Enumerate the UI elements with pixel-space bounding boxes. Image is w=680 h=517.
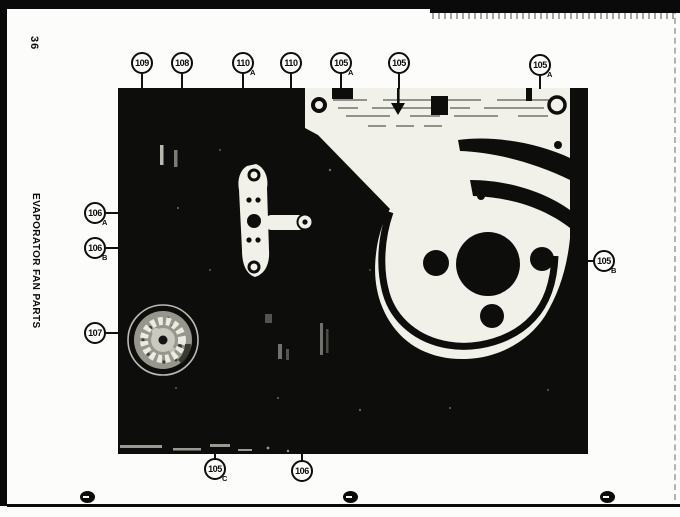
callout-number: 105 — [533, 61, 547, 70]
leader-line — [398, 74, 400, 89]
callout-number: 105 — [597, 257, 611, 266]
callout-number: 107 — [88, 329, 102, 338]
registration-dot — [343, 491, 358, 503]
manual-page: 36 EVAPORATOR FAN PARTS — [0, 0, 680, 517]
callout-number: 106 — [88, 209, 102, 218]
scan-edge-artifact — [674, 8, 676, 500]
callout-106B: 106 B — [84, 237, 106, 259]
callout-105: 105 — [388, 52, 410, 74]
callout-105C: 105 C — [204, 458, 226, 480]
callout-105A: 105 A — [330, 52, 352, 74]
leader-line — [141, 74, 143, 89]
callout-number: 105 — [392, 59, 406, 68]
callout-suffix: A — [348, 69, 353, 77]
callout-number: 109 — [135, 59, 149, 68]
leader-line — [290, 74, 292, 89]
callout-108: 108 — [171, 52, 193, 74]
callout-107: 107 — [84, 322, 106, 344]
callout-number: 110 — [284, 59, 297, 68]
callout-106: 106 — [291, 460, 313, 482]
leader-line — [340, 74, 342, 89]
callout-number: 108 — [175, 59, 189, 68]
callout-106A: 106 A — [84, 202, 106, 224]
callout-105B: 105 B — [593, 250, 615, 272]
callout-suffix: C — [222, 475, 227, 483]
top-border-bar-right — [430, 0, 680, 13]
callout-number: 105 — [208, 465, 222, 474]
bottom-rule — [7, 504, 680, 507]
leader-line — [242, 74, 244, 89]
fan-motor-grommet — [128, 305, 198, 375]
callout-number: 106 — [295, 467, 309, 476]
callout-number: 110 — [236, 59, 249, 68]
callout-110: 110 — [280, 52, 302, 74]
leader-line — [106, 212, 119, 214]
leader-line — [106, 247, 119, 249]
callout-number: 106 — [88, 244, 102, 253]
callout-suffix: B — [611, 267, 616, 275]
callout-suffix: A — [102, 219, 107, 227]
callout-number: 105 — [334, 59, 348, 68]
registration-dot — [600, 491, 615, 503]
scan-grain — [432, 13, 678, 19]
page-number: 36 — [28, 36, 40, 50]
parts-photo — [118, 88, 588, 454]
callout-suffix: A — [250, 69, 255, 77]
callout-109: 109 — [131, 52, 153, 74]
left-border-strip — [0, 0, 7, 506]
leader-line — [181, 74, 183, 89]
callout-110A: 110 A — [232, 52, 254, 74]
callout-105A: 105 A — [529, 54, 551, 76]
callout-suffix: A — [547, 71, 552, 79]
mount-hole — [549, 97, 565, 113]
leader-line — [106, 332, 119, 334]
page-title: EVAPORATOR FAN PARTS — [30, 193, 41, 329]
callout-suffix: B — [102, 254, 107, 262]
registration-dot — [80, 491, 95, 503]
leader-line — [539, 76, 541, 89]
